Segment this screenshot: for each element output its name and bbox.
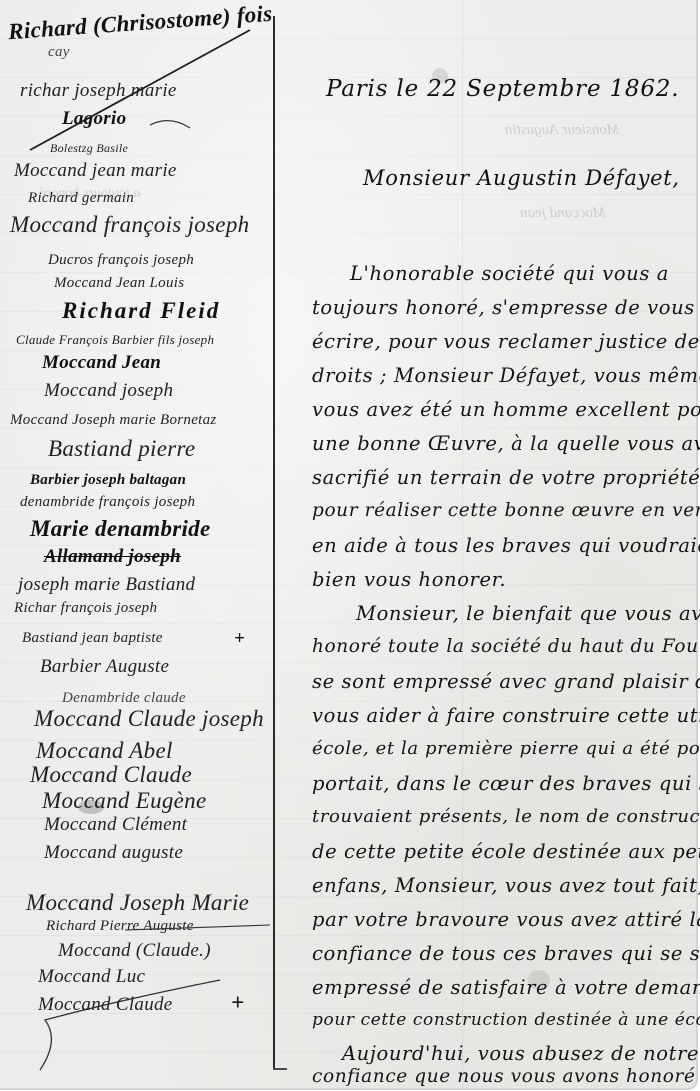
signature: Richard (Chrisostome) fois xyxy=(7,1,273,45)
signature: Moccand Joseph Marie xyxy=(26,890,249,916)
letter-line: droits ; Monsieur Défayet, vous même xyxy=(312,364,700,387)
letter-line: pour réaliser cette bonne œuvre en venan… xyxy=(312,500,700,521)
signature: joseph marie Bastiand xyxy=(18,574,195,596)
cross-mark: + xyxy=(234,628,245,650)
signature: Richard Fleid xyxy=(62,298,220,324)
signature: Moccand auguste xyxy=(44,842,183,864)
signature: Moccand Claude xyxy=(38,994,173,1016)
signature: Moccand Joseph marie Bornetaz xyxy=(10,412,217,429)
signature: Marie denambride xyxy=(30,516,211,542)
signature: Moccand Jean xyxy=(42,352,161,374)
letter-line: écrire, pour vous reclamer justice de se… xyxy=(312,330,700,353)
bleed-through-text: Monsieur Augustin xyxy=(505,122,619,139)
signature: denambride françois joseph xyxy=(20,494,195,511)
signature: Moccand joseph xyxy=(44,380,173,402)
letter-line: L'honorable société qui vous a xyxy=(350,262,669,285)
letter-line: confiance que nous vous avons honoré xyxy=(312,1066,696,1087)
letter-line: vous aider à faire construire cette util… xyxy=(312,704,700,727)
letter-line: enfans, Monsieur, vous avez tout fait, xyxy=(312,874,700,897)
bleed-through-text: Moccand jean xyxy=(520,205,605,222)
signature: Barbier Auguste xyxy=(40,656,169,678)
letter-line: honoré toute la société du haut du Four, xyxy=(312,636,700,657)
signature: Moccand Jean Louis xyxy=(54,275,184,292)
signature: Moccand Eugène xyxy=(42,788,207,814)
letter-line: pour cette construction destinée à une é… xyxy=(312,1010,700,1030)
signature: Allamand joseph xyxy=(44,546,181,568)
cross-mark: + xyxy=(231,990,244,1016)
signature: Moccand françois joseph xyxy=(10,212,249,238)
letter-line: en aide à tous les braves qui voudraient xyxy=(312,534,700,557)
letter-line: Monsieur, le bienfait que vous avez xyxy=(356,602,700,625)
letter-line: empressé de satisfaire à votre demande xyxy=(312,976,700,999)
letter-line: sacrifié un terrain de votre propriété xyxy=(312,466,700,489)
letter-line: portait, dans le cœur des braves qui se xyxy=(312,772,700,795)
signature: Denambride claude xyxy=(62,690,186,707)
signature: Moccand Clément xyxy=(44,814,187,836)
letter-line: confiance de tous ces braves qui se sont xyxy=(312,942,700,965)
signature: Moccand jean marie xyxy=(14,160,177,182)
margin-rule xyxy=(273,16,275,1070)
letter-line: toujours honoré, s'empresse de vous xyxy=(312,296,695,319)
signature: Bastiand pierre xyxy=(48,436,195,462)
signature: Lagorio xyxy=(62,108,126,130)
signature: richar joseph marie xyxy=(20,80,177,102)
signature: Richard Pierre Auguste xyxy=(46,918,194,935)
letter-line: trouvaient présents, le nom de construct… xyxy=(312,806,700,827)
letter-line: Aujourd'hui, vous abusez de notre xyxy=(342,1042,699,1065)
signature: Barbier joseph baltagan xyxy=(30,472,186,489)
letter-line: une bonne Œuvre, à la quelle vous avez xyxy=(312,432,700,455)
letter-line: école, et la première pierre qui a été p… xyxy=(312,738,700,759)
signature: Moccand Claude joseph xyxy=(34,706,264,732)
signature: Claude François Barbier fils joseph xyxy=(16,332,214,348)
signature: Moccand Luc xyxy=(38,966,145,988)
letter-salutation: Monsieur Augustin Défayet, xyxy=(363,166,680,190)
signature: Moccand Claude xyxy=(30,762,192,788)
signature: Bolestzg Basile xyxy=(50,141,128,156)
letter-date: Paris le 22 Septembre 1862. xyxy=(326,76,679,102)
signature: Moccand Abel xyxy=(36,738,173,764)
letter-page: Monsieur Augustin Moccand jean a toujour… xyxy=(0,0,698,1090)
margin-rule-foot xyxy=(273,1068,287,1070)
signature: Bastiand jean baptiste xyxy=(22,630,163,647)
signature: cay xyxy=(48,44,70,61)
signature: Richar françois joseph xyxy=(14,600,157,617)
signature: Moccand (Claude.) xyxy=(58,940,211,962)
letter-line: bien vous honorer. xyxy=(312,568,506,591)
signature: Ducros françois joseph xyxy=(48,252,194,269)
letter-line: par votre bravoure vous avez attiré la xyxy=(312,908,700,931)
letter-line: de cette petite école destinée aux petit… xyxy=(312,840,700,863)
signature: Richard germain xyxy=(28,190,134,207)
letter-line: se sont empressé avec grand plaisir de xyxy=(312,670,700,693)
letter-line: vous avez été un homme excellent pour xyxy=(312,398,700,421)
